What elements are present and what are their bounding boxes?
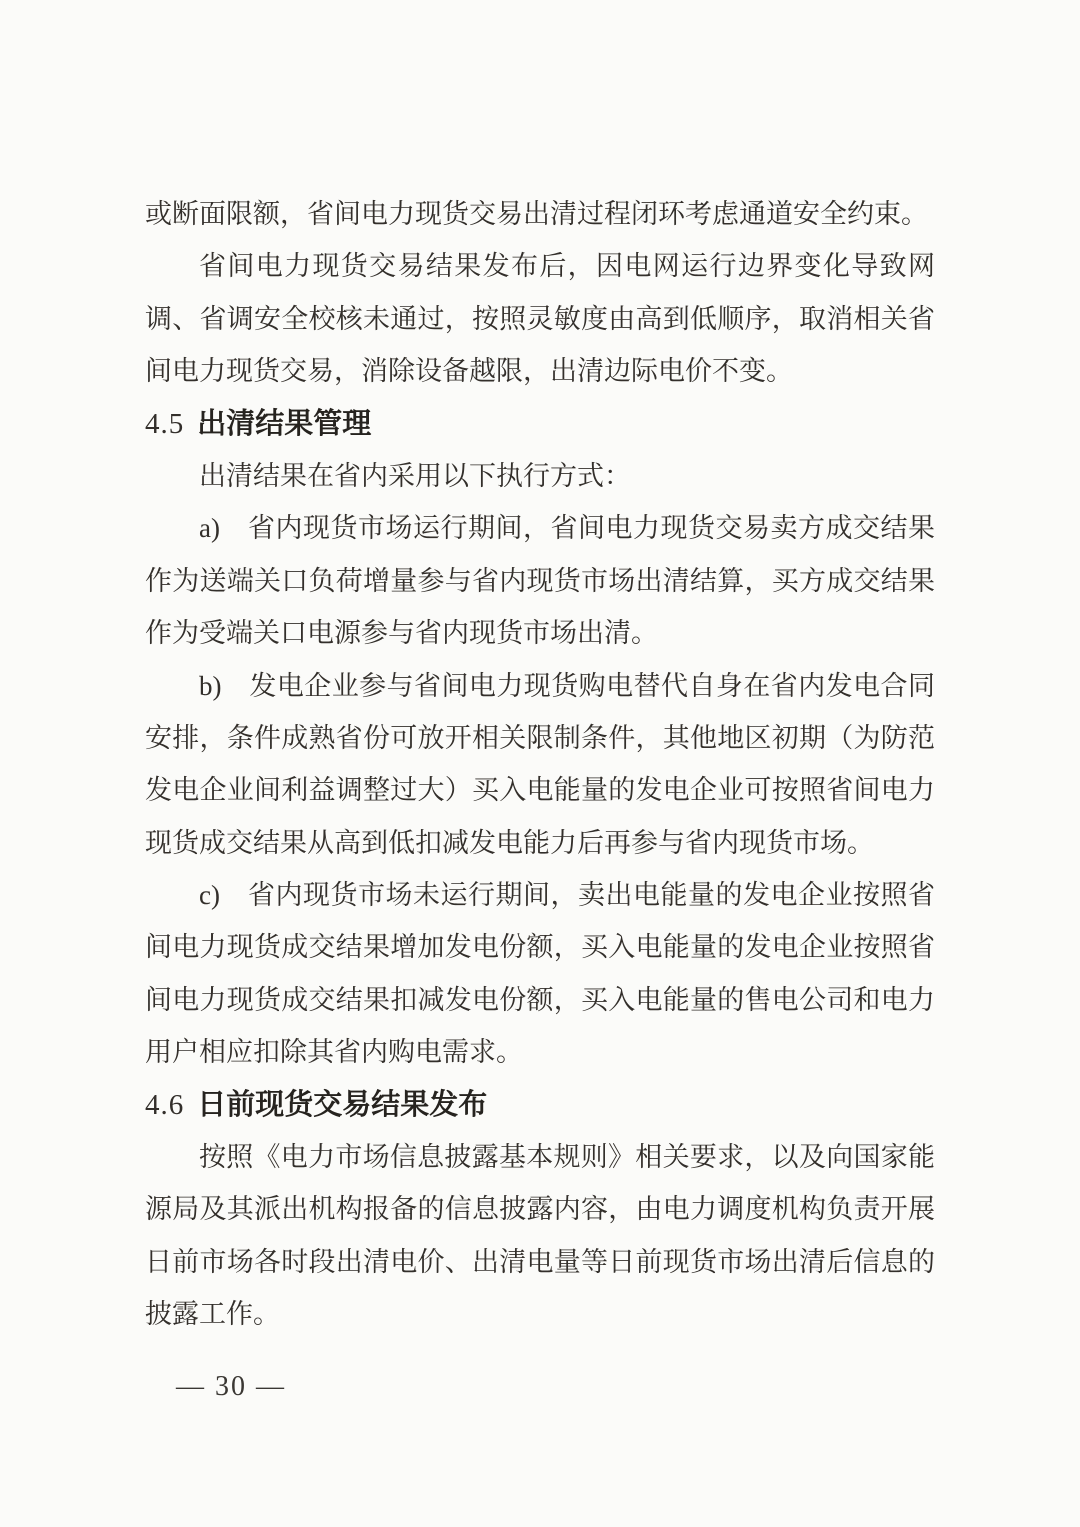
- text-line: 出清结果在省内采用以下执行方式：: [145, 450, 935, 502]
- text-line: 作为送端关口负荷增量参与省内现货市场出清结算，买方成交结果: [145, 555, 935, 607]
- text-line: 间电力现货成交结果增加发电份额，买入电能量的发电企业按照省: [145, 921, 935, 973]
- document-body: 或断面限额，省间电力现货交易出清过程闭环考虑通道安全约束。省间电力现货交易结果发…: [145, 188, 935, 1341]
- text-line: 作为受端关口电源参与省内现货市场出清。: [145, 607, 935, 659]
- text-line: 发电企业间利益调整过大）买入电能量的发电企业可按照省间电力: [145, 764, 935, 816]
- text-line: 调、省调安全校核未通过，按照灵敏度由高到低顺序，取消相关省: [145, 293, 935, 345]
- text-line: 披露工作。: [145, 1288, 935, 1340]
- text-line: a) 省内现货市场运行期间，省间电力现货交易卖方成交结果: [145, 502, 935, 554]
- section-number: 4.5: [145, 408, 184, 440]
- text-line: 安排，条件成熟省份可放开相关限制条件，其他地区初期（为防范: [145, 712, 935, 764]
- page-number: — 30 —: [176, 1366, 286, 1408]
- text-line: 日前市场各时段出清电价、出清电量等日前现货市场出清后信息的: [145, 1236, 935, 1288]
- section-heading: 4.6日前现货交易结果发布: [145, 1079, 935, 1131]
- section-title: 日前现货交易结果发布: [197, 1089, 487, 1121]
- text-line: 按照《电力市场信息披露基本规则》相关要求，以及向国家能: [145, 1131, 935, 1183]
- section-number: 4.6: [145, 1089, 184, 1121]
- text-line: c) 省内现货市场未运行期间，卖出电能量的发电企业按照省: [145, 869, 935, 921]
- text-line: 间电力现货成交结果扣减发电份额，买入电能量的售电公司和电力: [145, 974, 935, 1026]
- section-heading: 4.5出清结果管理: [145, 398, 935, 450]
- text-line: b) 发电企业参与省间电力现货购电替代自身在省内发电合同: [145, 660, 935, 712]
- text-line: 省间电力现货交易结果发布后，因电网运行边界变化导致网: [145, 240, 935, 292]
- document-page: 或断面限额，省间电力现货交易出清过程闭环考虑通道安全约束。省间电力现货交易结果发…: [0, 0, 1080, 1527]
- text-line: 现货成交结果从高到低扣减发电能力后再参与省内现货市场。: [145, 817, 935, 869]
- text-line: 源局及其派出机构报备的信息披露内容，由电力调度机构负责开展: [145, 1183, 935, 1235]
- text-line: 或断面限额，省间电力现货交易出清过程闭环考虑通道安全约束。: [145, 188, 935, 240]
- section-title: 出清结果管理: [197, 408, 371, 440]
- text-line: 间电力现货交易，消除设备越限，出清边际电价不变。: [145, 345, 935, 397]
- text-line: 用户相应扣除其省内购电需求。: [145, 1026, 935, 1078]
